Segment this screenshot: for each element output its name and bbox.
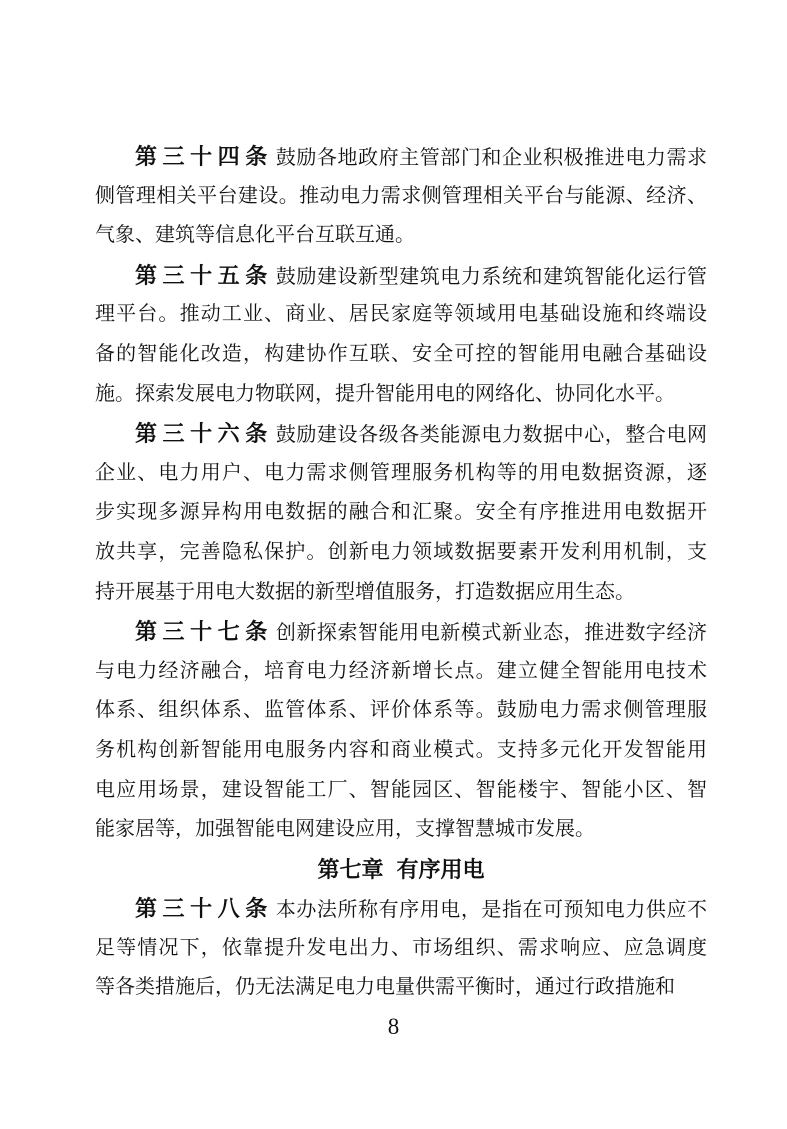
article-37-line-2: 与电力经济融合，培育电力经济新增长点。建立健全智能用电技术: [95, 652, 707, 692]
document-page: 第三十四条鼓励各地政府主管部门和企业积极推进电力需求 侧管理相关平台建设。推动电…: [0, 0, 787, 1129]
page-content: 第三十四条鼓励各地政府主管部门和企业积极推进电力需求 侧管理相关平台建设。推动电…: [95, 137, 707, 1008]
article-38-paragraph: 第三十八条本办法所称有序用电，是指在可预知电力供应不 足等情况下，依靠提升发电出…: [95, 889, 707, 1008]
article-38-line-1: 本办法所称有序用电，是指在可预知电力供应不: [276, 899, 707, 921]
article-37-number: 第三十七条: [135, 619, 273, 644]
chapter-7-heading: 第七章有序用电: [95, 850, 707, 890]
article-37-line-1: 创新探索智能用电新模式新业态，推进数字经济: [276, 622, 707, 644]
article-34-paragraph: 第三十四条鼓励各地政府主管部门和企业积极推进电力需求 侧管理相关平台建设。推动电…: [95, 137, 707, 256]
article-35-line-3: 备的智能化改造，构建协作互联、安全可控的智能用电融合基础设: [95, 335, 707, 375]
article-35-line-4: 施。探索发展电力物联网，提升智能用电的网络化、协同化水平。: [95, 375, 707, 415]
article-36-line-5: 持开展基于用电大数据的新型增值服务，打造数据应用生态。: [95, 573, 707, 613]
article-38-number: 第三十八条: [135, 896, 273, 921]
article-36-line-3: 步实现多源异构用电数据的融合和汇聚。安全有序推进用电数据开: [95, 493, 707, 533]
article-34-number: 第三十四条: [135, 144, 273, 169]
article-35-number: 第三十五条: [135, 263, 273, 288]
article-37-paragraph: 第三十七条创新探索智能用电新模式新业态，推进数字经济 与电力经济融合，培育电力经…: [95, 612, 707, 850]
chapter-number: 第七章: [317, 857, 383, 882]
article-35-line-1: 鼓励建设新型建筑电力系统和建筑智能化运行管: [276, 266, 707, 288]
article-35-line-2: 理平台。推动工业、商业、居民家庭等领域用电基础设施和终端设: [95, 295, 707, 335]
article-36-number: 第三十六条: [135, 421, 273, 446]
article-36-paragraph: 第三十六条鼓励建设各级各类能源电力数据中心，整合电网 企业、电力用户、电力需求侧…: [95, 414, 707, 612]
article-36-line-2: 企业、电力用户、电力需求侧管理服务机构等的用电数据资源，逐: [95, 454, 707, 494]
article-34-line-1: 鼓励各地政府主管部门和企业积极推进电力需求: [276, 147, 707, 169]
article-37-line-6: 能家居等，加强智能电网建设应用，支撑智慧城市发展。: [95, 810, 707, 850]
article-37-line-5: 电应用场景，建设智能工厂、智能园区、智能楼宇、智能小区、智: [95, 771, 707, 811]
text-line: 第三十六条鼓励建设各级各类能源电力数据中心，整合电网: [95, 414, 707, 454]
article-36-line-1: 鼓励建设各级各类能源电力数据中心，整合电网: [276, 424, 707, 446]
text-line: 第三十五条鼓励建设新型建筑电力系统和建筑智能化运行管: [95, 256, 707, 296]
article-38-line-2: 足等情况下，依靠提升发电出力、市场组织、需求响应、应急调度: [95, 929, 707, 969]
article-36-line-4: 放共享，完善隐私保护。创新电力领域数据要素开发利用机制，支: [95, 533, 707, 573]
text-line: 第三十七条创新探索智能用电新模式新业态，推进数字经济: [95, 612, 707, 652]
page-number: 8: [0, 1012, 787, 1042]
article-37-line-4: 务机构创新智能用电服务内容和商业模式。支持多元化开发智能用: [95, 731, 707, 771]
article-34-line-3: 气象、建筑等信息化平台互联互通。: [95, 216, 707, 256]
article-37-line-3: 体系、组织体系、监管体系、评价体系等。鼓励电力需求侧管理服: [95, 691, 707, 731]
article-34-line-2: 侧管理相关平台建设。推动电力需求侧管理相关平台与能源、经济、: [95, 177, 707, 217]
text-line: 第三十八条本办法所称有序用电，是指在可预知电力供应不: [95, 889, 707, 929]
text-line: 第三十四条鼓励各地政府主管部门和企业积极推进电力需求: [95, 137, 707, 177]
article-35-paragraph: 第三十五条鼓励建设新型建筑电力系统和建筑智能化运行管 理平台。推动工业、商业、居…: [95, 256, 707, 414]
article-38-line-3: 等各类措施后，仍无法满足电力电量供需平衡时，通过行政措施和: [95, 968, 707, 1008]
chapter-title: 有序用电: [397, 857, 485, 882]
